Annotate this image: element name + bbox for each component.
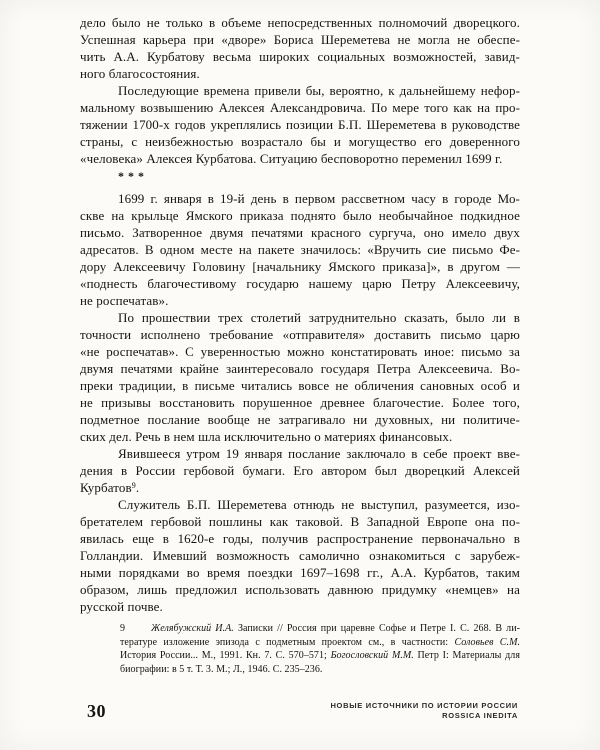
text-line: 1699 г. января в 19-й день в первом расс… (80, 190, 520, 207)
text-segment: ными порядками во время поездки 1697–169… (80, 565, 520, 580)
paragraph: Явившееся утром 19 января послание заклю… (80, 445, 520, 496)
paragraph: 1699 г. января в 19-й день в первом расс… (80, 190, 520, 309)
footnote-line: биографии: в 5 т. Т. 3. М.; Л., 1946. С.… (120, 663, 520, 677)
text-line: не роспечатав». (80, 292, 520, 309)
text-line: ного благосостояния. (80, 65, 520, 82)
text-line: дения в России гербовой бумаги. Его авто… (80, 462, 520, 479)
text-segment: Успешная карьера при «дворе» Бориса Шере… (80, 32, 520, 47)
text-segment: Служитель Б.П. Шереметева отнюдь не выст… (118, 497, 520, 512)
text-segment: «человека» Алексея Курбатова. Ситуацию б… (80, 151, 502, 166)
text-segment: бретателем гербовой пошлины как таковой.… (80, 514, 520, 529)
text-line: «не роспечатав». С уверенностью можно ко… (80, 343, 520, 360)
main-text: дело было не только в объеме непосредств… (80, 14, 520, 615)
text-line: По прошествии трех столетий затруднитель… (80, 309, 520, 326)
text-line: Служитель Б.П. Шереметева отнюдь не выст… (80, 496, 520, 513)
text-segment: ного благосостояния. (80, 66, 200, 81)
text-line: «поднесть благочестивому государю нашему… (80, 275, 520, 292)
text-segment: Голландии. Имевший возможность самолично… (80, 548, 520, 563)
section-separator: *** (80, 167, 520, 190)
text-segment: дело было не только в объеме непосредств… (80, 15, 520, 30)
text-segment: преки традиции, в письме читались вовсе … (80, 378, 520, 393)
text-line: тяжении 1700-х годов укреплялись позиции… (80, 116, 520, 133)
text-segment: Петр I: Материалы для (414, 650, 520, 661)
text-line: преки традиции, в письме читались вовсе … (80, 377, 520, 394)
text-segment: 1699 г. января в 19-й день в первом расс… (118, 191, 520, 206)
text-line: Явившееся утром 19 января послание заклю… (80, 445, 520, 462)
text-line: Курбатов9. (80, 479, 520, 496)
paragraph: дело было не только в объеме непосредств… (80, 14, 520, 82)
text-segment: не призывы восстановить порушенное древн… (80, 395, 520, 410)
text-line: точности исполнено требование «отправите… (80, 326, 520, 343)
text-segment: По прошествии трех столетий затруднитель… (118, 310, 520, 325)
text-segment: мальному возвышению Алексея Александрови… (80, 100, 520, 115)
text-line: явилась еще в 1620-е годы, получив распр… (80, 530, 520, 547)
text-line: страны, с неизбежностью возрастало бы и … (80, 133, 520, 150)
book-page: дело было не только в объеме непосредств… (0, 0, 600, 750)
paragraph: Служитель Б.П. Шереметева отнюдь не выст… (80, 496, 520, 615)
text-segment: Желябужский И.А. (151, 623, 234, 634)
text-segment: явилась еще в 1620-е годы, получив распр… (80, 531, 520, 546)
text-line: образом, лишь предложил использовать дав… (80, 581, 520, 598)
footnote-reference: 9 (132, 481, 136, 490)
text-segment: ских дел. Речь в нем шла исключительно о… (80, 429, 452, 444)
footnote: 9Желябужский И.А. Записки // Россия при … (120, 622, 520, 676)
text-segment: Соловьев С.М. (454, 637, 520, 648)
text-line: бретателем гербовой пошлины как таковой.… (80, 513, 520, 530)
text-segment: страны, с неизбежностью возрастало бы и … (80, 134, 520, 149)
text-segment: подметное послание вообще не затрагивало… (80, 412, 520, 427)
text-line: подметное послание вообще не затрагивало… (80, 411, 520, 428)
text-segment: точности исполнено требование «отправите… (80, 327, 520, 342)
series-footer: НОВЫЕ ИСТОЧНИКИ ПО ИСТОРИИ РОССИИ ROSSIC… (330, 701, 518, 721)
text-segment: . (136, 480, 139, 495)
text-segment: Явившееся утром 19 января послание заклю… (118, 446, 520, 461)
text-segment: «поднесть благочестивому государю нашему… (80, 276, 520, 291)
footnote-marker: 9 (120, 622, 151, 636)
text-segment: адресатов. В одном месте на пакете значи… (80, 242, 520, 257)
text-line: скве на крыльце Ямского приказа поднято … (80, 207, 520, 224)
text-segment: «не роспечатав». С уверенностью можно ко… (80, 344, 520, 359)
text-line: мальному возвышению Алексея Александрови… (80, 99, 520, 116)
text-segment: скве на крыльце Ямского приказа поднято … (80, 208, 520, 223)
text-segment: Записки // Россия при царевне Софье и Пе… (234, 623, 520, 634)
text-segment: образом, лишь предложил использовать дав… (80, 582, 520, 597)
text-segment: двумя печатями крайне заинтересовало гос… (80, 361, 520, 376)
footnote-line: тературе изложение эпизода с подметным п… (120, 636, 520, 650)
text-line: русской почве. (80, 598, 520, 615)
page-number: 30 (87, 701, 106, 722)
text-line: не призывы восстановить порушенное древн… (80, 394, 520, 411)
text-segment: дения в России гербовой бумаги. Его авто… (80, 463, 520, 478)
text-line: Успешная карьера при «дворе» Бориса Шере… (80, 31, 520, 48)
footnote-line: История России... М., 1991. Кн. 7. С. 57… (120, 649, 520, 663)
text-segment: Последующие времена привели бы, вероятно… (118, 83, 520, 98)
text-line: чить А.А. Курбатову весьма широких социа… (80, 48, 520, 65)
text-line: письмо. Затворенное двумя печатями красн… (80, 224, 520, 241)
text-segment: русской почве. (80, 599, 163, 614)
text-segment: не роспечатав». (80, 293, 168, 308)
paragraph: Последующие времена привели бы, вероятно… (80, 82, 520, 167)
text-line: двумя печатями крайне заинтересовало гос… (80, 360, 520, 377)
text-segment: дору Алексеевичу Головину [начальнику Ям… (80, 259, 520, 274)
text-segment: Курбатов (80, 480, 132, 495)
text-line: Голландии. Имевший возможность самолично… (80, 547, 520, 564)
text-line: Последующие времена привели бы, вероятно… (80, 82, 520, 99)
paragraph: По прошествии трех столетий затруднитель… (80, 309, 520, 445)
text-line: адресатов. В одном месте на пакете значи… (80, 241, 520, 258)
series-subtitle-line: ROSSICA INEDITA (330, 711, 518, 721)
text-segment: биографии: в 5 т. Т. 3. М.; Л., 1946. С.… (120, 664, 322, 675)
series-title-line: НОВЫЕ ИСТОЧНИКИ ПО ИСТОРИИ РОССИИ (330, 701, 518, 711)
text-segment: Богословский М.М. (331, 650, 414, 661)
text-segment: чить А.А. Курбатову весьма широких социа… (80, 49, 520, 64)
text-line: ских дел. Речь в нем шла исключительно о… (80, 428, 520, 445)
text-line: «человека» Алексея Курбатова. Ситуацию б… (80, 150, 520, 167)
text-segment: тяжении 1700-х годов укреплялись позиции… (80, 117, 520, 132)
text-line: ными порядками во время поездки 1697–169… (80, 564, 520, 581)
text-line: дору Алексеевичу Головину [начальнику Ям… (80, 258, 520, 275)
text-segment: письмо. Затворенное двумя печатями красн… (80, 225, 520, 240)
text-line: дело было не только в объеме непосредств… (80, 14, 520, 31)
text-segment: История России... М., 1991. Кн. 7. С. 57… (120, 650, 331, 661)
text-segment: тературе изложение эпизода с подметным п… (120, 637, 454, 648)
footnote-line: 9Желябужский И.А. Записки // Россия при … (120, 622, 520, 636)
